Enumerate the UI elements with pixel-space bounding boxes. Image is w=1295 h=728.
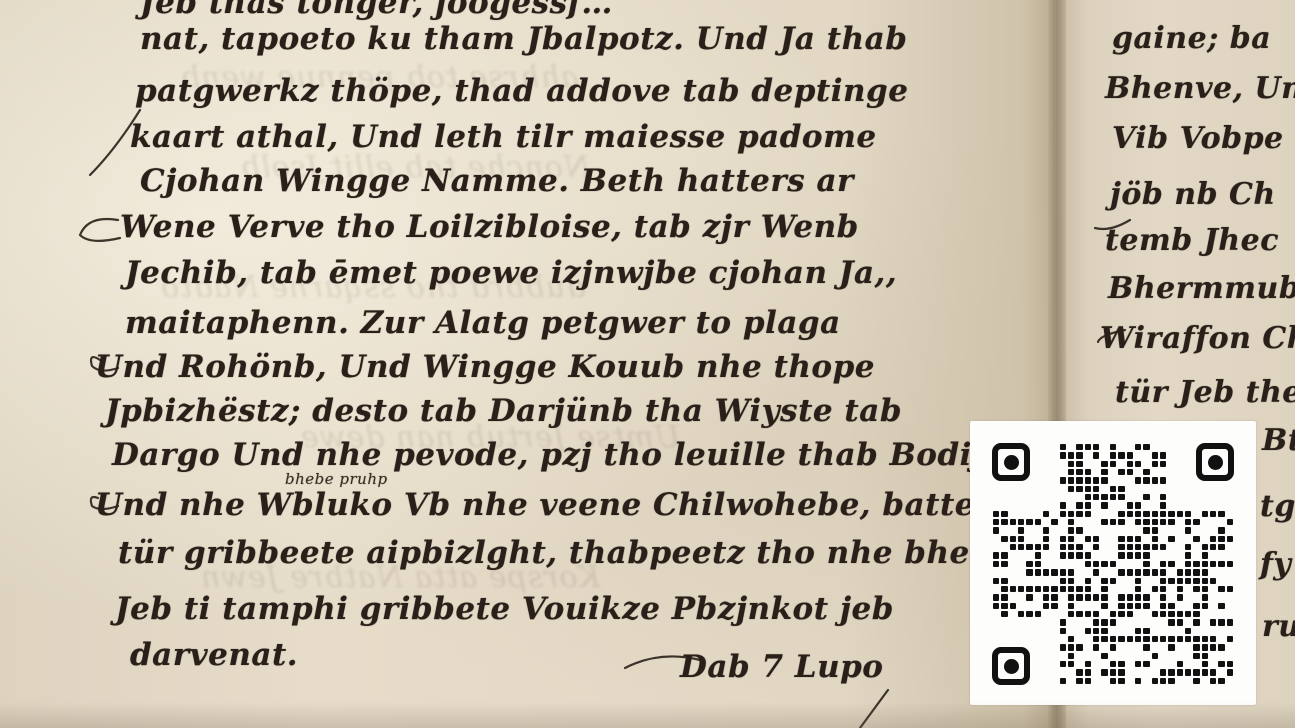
qr-module (1076, 452, 1082, 458)
qr-module (1085, 594, 1091, 600)
qr-module (1018, 586, 1024, 592)
qr-module (1068, 486, 1074, 492)
qr-module (1210, 511, 1216, 517)
qr-module (1118, 536, 1124, 542)
qr-module (1127, 469, 1133, 475)
qr-module (1127, 594, 1133, 600)
qr-module (1168, 561, 1174, 567)
qr-module (1018, 536, 1024, 542)
qr-module (1001, 578, 1007, 584)
qr-module (1202, 644, 1208, 650)
qr-module (1135, 661, 1141, 667)
qr-module (1218, 544, 1224, 550)
qr-module (1068, 611, 1074, 617)
qr-module (1202, 511, 1208, 517)
qr-module (1001, 586, 1007, 592)
qr-module (1085, 469, 1091, 475)
qr-module (1193, 586, 1199, 592)
qr-module (1135, 511, 1141, 517)
qr-module (1110, 578, 1116, 584)
qr-module (1152, 653, 1158, 659)
qr-module (1127, 611, 1133, 617)
qr-module (1227, 619, 1233, 625)
qr-module (1060, 644, 1066, 650)
qr-module (1110, 661, 1116, 667)
manuscript-scan: ahhrse tob pennue wenb Nonche tab ellit … (0, 0, 1295, 728)
qr-module (1085, 611, 1091, 617)
qr-module (993, 603, 999, 609)
qr-module (1085, 661, 1091, 667)
handwritten-line: Cjohan Wingge Namme. Beth hatters ar (140, 166, 854, 197)
qr-module (1160, 603, 1166, 609)
qr-module (1068, 527, 1074, 533)
qr-module (1043, 511, 1049, 517)
qr-module (1127, 511, 1133, 517)
qr-module (1168, 603, 1174, 609)
qr-module (1110, 561, 1116, 567)
handwritten-line: kaart athal, Und leth tilr maiesse padom… (130, 122, 877, 153)
qr-module (993, 511, 999, 517)
qr-module (993, 519, 999, 525)
qr-module (1227, 661, 1233, 667)
qr-module (1076, 469, 1082, 475)
handwritten-line: temb Jhec (1105, 226, 1279, 256)
handwritten-line: fy (1260, 550, 1291, 580)
qr-module (1060, 536, 1066, 542)
qr-module (1160, 461, 1166, 467)
qr-module (1068, 578, 1074, 584)
qr-module (1076, 477, 1082, 483)
qr-module (1076, 644, 1082, 650)
handwritten-line: Und Rohönb, Und Wingge Kouub nhe thope (95, 352, 875, 383)
qr-module (1076, 502, 1082, 508)
qr-module (1093, 636, 1099, 642)
qr-module (1218, 661, 1224, 667)
qr-module (1152, 636, 1158, 642)
qr-module (1076, 544, 1082, 550)
qr-module (1127, 452, 1133, 458)
qr-module (1093, 544, 1099, 550)
qr-module (1143, 494, 1149, 500)
qr-module (1193, 678, 1199, 684)
handwritten-line: ru (1262, 612, 1295, 642)
qr-module (993, 561, 999, 567)
qr-module (1118, 661, 1124, 667)
qr-module (1118, 511, 1124, 517)
qr-module (1185, 669, 1191, 675)
qr-module (1043, 586, 1049, 592)
qr-module (1160, 594, 1166, 600)
qr-module (1101, 619, 1107, 625)
qr-module (1210, 578, 1216, 584)
qr-module (1068, 552, 1074, 558)
qr-module (1168, 636, 1174, 642)
qr-module (1026, 544, 1032, 550)
qr-module (1118, 469, 1124, 475)
handwritten-line: jöb nb Ch (1110, 180, 1276, 210)
qr-module (1060, 586, 1066, 592)
qr-module (1152, 569, 1158, 575)
qr-module (993, 594, 999, 600)
qr-module (1093, 611, 1099, 617)
qr-module (1177, 569, 1183, 575)
qr-module (1110, 644, 1116, 650)
qr-module (1185, 544, 1191, 550)
qr-module (1026, 519, 1032, 525)
qr-module (1160, 477, 1166, 483)
qr-module (1160, 519, 1166, 525)
qr-module (1202, 594, 1208, 600)
qr-module (1060, 511, 1066, 517)
qr-module (1152, 527, 1158, 533)
qr-module (1043, 594, 1049, 600)
qr-module (1076, 611, 1082, 617)
qr-module (1185, 611, 1191, 617)
qr-module (1202, 669, 1208, 675)
qr-module (1076, 461, 1082, 467)
qr-module (1202, 603, 1208, 609)
qr-module (1085, 561, 1091, 567)
qr-module (1168, 519, 1174, 525)
qr-module (1135, 594, 1141, 600)
qr-module (1143, 511, 1149, 517)
qr-module (1177, 669, 1183, 675)
qr-module (1152, 611, 1158, 617)
qr-module (1043, 527, 1049, 533)
qr-module (1076, 594, 1082, 600)
qr-module (1210, 544, 1216, 550)
qr-module (1118, 636, 1124, 642)
qr-module (1210, 536, 1216, 542)
qr-module (1152, 536, 1158, 542)
qr-module (1227, 636, 1233, 642)
qr-module (1060, 552, 1066, 558)
qr-module (1143, 544, 1149, 550)
handwritten-line: Dargo Und nhe pevode, pzj tho leuille th… (112, 440, 1026, 471)
qr-module (1001, 552, 1007, 558)
qr-module (1010, 519, 1016, 525)
qr-module (1060, 444, 1066, 450)
qr-module (1018, 544, 1024, 550)
qr-module (1143, 661, 1149, 667)
qr-module (1135, 586, 1141, 592)
qr-module (1043, 569, 1049, 575)
qr-module (1060, 661, 1066, 667)
qr-module (1160, 544, 1166, 550)
qr-module (1160, 611, 1166, 617)
qr-module (1118, 452, 1124, 458)
qr-module (1202, 544, 1208, 550)
qr-module (1177, 511, 1183, 517)
qr-module (1210, 636, 1216, 642)
qr-module (1177, 594, 1183, 600)
qr-module (1085, 502, 1091, 508)
qr-module (1135, 569, 1141, 575)
handwritten-line: Jpbizhëstz; desto tab Darjünb tha Wiyste… (105, 396, 902, 427)
qr-module (1143, 628, 1149, 634)
qr-module (1010, 603, 1016, 609)
qr-code[interactable] (970, 421, 1256, 705)
qr-module (1068, 477, 1074, 483)
handwritten-line: Wene Verve tho Loilzibloise, tab zjr Wen… (120, 212, 859, 243)
qr-module (1118, 603, 1124, 609)
qr-module (1068, 594, 1074, 600)
qr-finder-pattern-bottom-left (992, 647, 1030, 685)
handwritten-line: Wiraffon Ch (1100, 324, 1295, 354)
qr-module (1160, 578, 1166, 584)
qr-module (1035, 552, 1041, 558)
qr-module (1143, 469, 1149, 475)
qr-module (1010, 536, 1016, 542)
qr-module (1227, 536, 1233, 542)
qr-module (1076, 678, 1082, 684)
qr-module (1101, 461, 1107, 467)
qr-module (1101, 628, 1107, 634)
qr-module (1110, 444, 1116, 450)
qr-module (1210, 644, 1216, 650)
qr-module (1118, 569, 1124, 575)
qr-module (1110, 669, 1116, 675)
qr-module (1168, 611, 1174, 617)
qr-module (1210, 678, 1216, 684)
qr-module (1035, 569, 1041, 575)
handwritten-line: gaine; ba (1112, 24, 1271, 54)
qr-module (993, 552, 999, 558)
qr-module (1093, 569, 1099, 575)
qr-module (1101, 603, 1107, 609)
qr-module (1026, 561, 1032, 567)
handwritten-line: patgwerkz thöpe, thad addove tab depting… (135, 76, 908, 107)
handwritten-line: Dab 7 Lupo (680, 652, 884, 683)
qr-module (1193, 519, 1199, 525)
qr-module (1218, 586, 1224, 592)
qr-module (1085, 486, 1091, 492)
qr-module (1118, 678, 1124, 684)
qr-module (1135, 678, 1141, 684)
qr-module (1068, 461, 1074, 467)
qr-module (1152, 477, 1158, 483)
qr-module (1160, 586, 1166, 592)
qr-module (1127, 461, 1133, 467)
qr-module (1068, 661, 1074, 667)
qr-module (1193, 561, 1199, 567)
qr-module (1018, 519, 1024, 525)
qr-module (1118, 669, 1124, 675)
qr-module (1093, 536, 1099, 542)
qr-module (1193, 536, 1199, 542)
qr-module (1193, 603, 1199, 609)
qr-module (1018, 527, 1024, 533)
qr-module (1110, 619, 1116, 625)
qr-module (1076, 444, 1082, 450)
qr-module (1193, 578, 1199, 584)
qr-module (1076, 511, 1082, 517)
qr-module (1060, 477, 1066, 483)
qr-module (1010, 544, 1016, 550)
qr-module (1160, 569, 1166, 575)
qr-module (1001, 519, 1007, 525)
qr-module (1026, 594, 1032, 600)
qr-module (1168, 644, 1174, 650)
qr-module (1160, 511, 1166, 517)
qr-module (1068, 586, 1074, 592)
qr-module (1101, 519, 1107, 525)
qr-module (993, 527, 999, 533)
qr-module (1110, 461, 1116, 467)
qr-module (1101, 586, 1107, 592)
handwritten-line: darvenat. (130, 640, 298, 671)
qr-module (1168, 536, 1174, 542)
qr-module (1185, 511, 1191, 517)
qr-module (1143, 594, 1149, 600)
qr-module (1218, 678, 1224, 684)
qr-module (1168, 619, 1174, 625)
qr-module (1093, 594, 1099, 600)
qr-module (1001, 511, 1007, 517)
qr-module (1051, 586, 1057, 592)
qr-finder-pattern-top-left (992, 443, 1030, 481)
qr-module (1051, 569, 1057, 575)
qr-module (1202, 636, 1208, 642)
qr-module (1193, 644, 1199, 650)
qr-module (1160, 494, 1166, 500)
qr-module (1068, 519, 1074, 525)
qr-code-modules (992, 443, 1234, 685)
qr-module (1093, 628, 1099, 634)
qr-module (1177, 619, 1183, 625)
qr-module (1127, 552, 1133, 558)
handwritten-line: Jeb thas tonger, joogessf… (140, 0, 613, 19)
qr-module (1135, 628, 1141, 634)
qr-module (1135, 636, 1141, 642)
qr-module (1101, 653, 1107, 659)
qr-module (993, 578, 999, 584)
interlinear-note: bhebe pruhp (285, 472, 388, 487)
qr-module (1085, 578, 1091, 584)
qr-module (1035, 561, 1041, 567)
qr-module (1193, 653, 1199, 659)
qr-module (1068, 653, 1074, 659)
qr-module (1227, 586, 1233, 592)
qr-module (1168, 669, 1174, 675)
qr-module (1227, 561, 1233, 567)
qr-module (1035, 586, 1041, 592)
handwritten-line: Und nhe Wbluko Vb nhe veene Chilwohebe, … (95, 490, 992, 521)
qr-module (1177, 611, 1183, 617)
qr-module (1135, 603, 1141, 609)
qr-module (1118, 486, 1124, 492)
qr-module (1110, 519, 1116, 525)
qr-module (1101, 561, 1107, 567)
qr-module (1218, 603, 1224, 609)
qr-module (1101, 494, 1107, 500)
qr-module (1193, 569, 1199, 575)
qr-module (1193, 611, 1199, 617)
qr-module (1127, 502, 1133, 508)
qr-module (1085, 511, 1091, 517)
qr-module (1001, 536, 1007, 542)
qr-module (1152, 511, 1158, 517)
qr-module (1001, 594, 1007, 600)
qr-module (1035, 544, 1041, 550)
page-bottom-shadow (0, 702, 1295, 728)
qr-module (1060, 619, 1066, 625)
qr-module (1085, 444, 1091, 450)
qr-module (1135, 544, 1141, 550)
qr-module (1177, 636, 1183, 642)
qr-module (1152, 678, 1158, 684)
qr-module (1202, 552, 1208, 558)
qr-module (1193, 619, 1199, 625)
qr-module (1135, 578, 1141, 584)
qr-module (1060, 569, 1066, 575)
qr-module (1110, 494, 1116, 500)
qr-module (1118, 544, 1124, 550)
qr-module (1143, 552, 1149, 558)
qr-module (1051, 519, 1057, 525)
qr-module (1043, 544, 1049, 550)
qr-module (1093, 486, 1099, 492)
qr-module (1060, 628, 1066, 634)
qr-module (1177, 661, 1183, 667)
qr-module (1210, 619, 1216, 625)
qr-module (1118, 552, 1124, 558)
qr-module (1168, 578, 1174, 584)
handwritten-line: tür gribbeete aipbizlght, thabpeetz tho … (118, 538, 1013, 569)
qr-module (1185, 569, 1191, 575)
qr-module (1001, 561, 1007, 567)
qr-module (1185, 527, 1191, 533)
qr-module (1143, 519, 1149, 525)
qr-module (1185, 636, 1191, 642)
handwritten-line: tür Jeb the (1115, 378, 1295, 408)
handwritten-line: Vib Vobpe (1112, 124, 1284, 154)
qr-module (1160, 678, 1166, 684)
qr-module (1152, 519, 1158, 525)
qr-module (1035, 519, 1041, 525)
qr-module (1143, 644, 1149, 650)
qr-module (1185, 561, 1191, 567)
qr-module (1118, 519, 1124, 525)
qr-module (1060, 452, 1066, 458)
qr-module (1127, 636, 1133, 642)
qr-module (1001, 603, 1007, 609)
qr-module (1135, 552, 1141, 558)
qr-module (1143, 444, 1149, 450)
qr-module (1101, 477, 1107, 483)
qr-module (1185, 578, 1191, 584)
qr-module (1101, 469, 1107, 475)
qr-module (1110, 452, 1116, 458)
qr-module (1118, 611, 1124, 617)
qr-module (1202, 569, 1208, 575)
qr-module (1068, 452, 1074, 458)
qr-module (1026, 586, 1032, 592)
qr-module (1135, 519, 1141, 525)
qr-module (1127, 536, 1133, 542)
qr-module (1193, 669, 1199, 675)
qr-module (1076, 527, 1082, 533)
qr-module (1210, 561, 1216, 567)
qr-module (1085, 477, 1091, 483)
qr-module (1051, 603, 1057, 609)
qr-module (1051, 594, 1057, 600)
qr-module (1127, 544, 1133, 550)
qr-module (1143, 603, 1149, 609)
qr-module (1218, 527, 1224, 533)
qr-module (1085, 678, 1091, 684)
qr-module (1110, 611, 1116, 617)
